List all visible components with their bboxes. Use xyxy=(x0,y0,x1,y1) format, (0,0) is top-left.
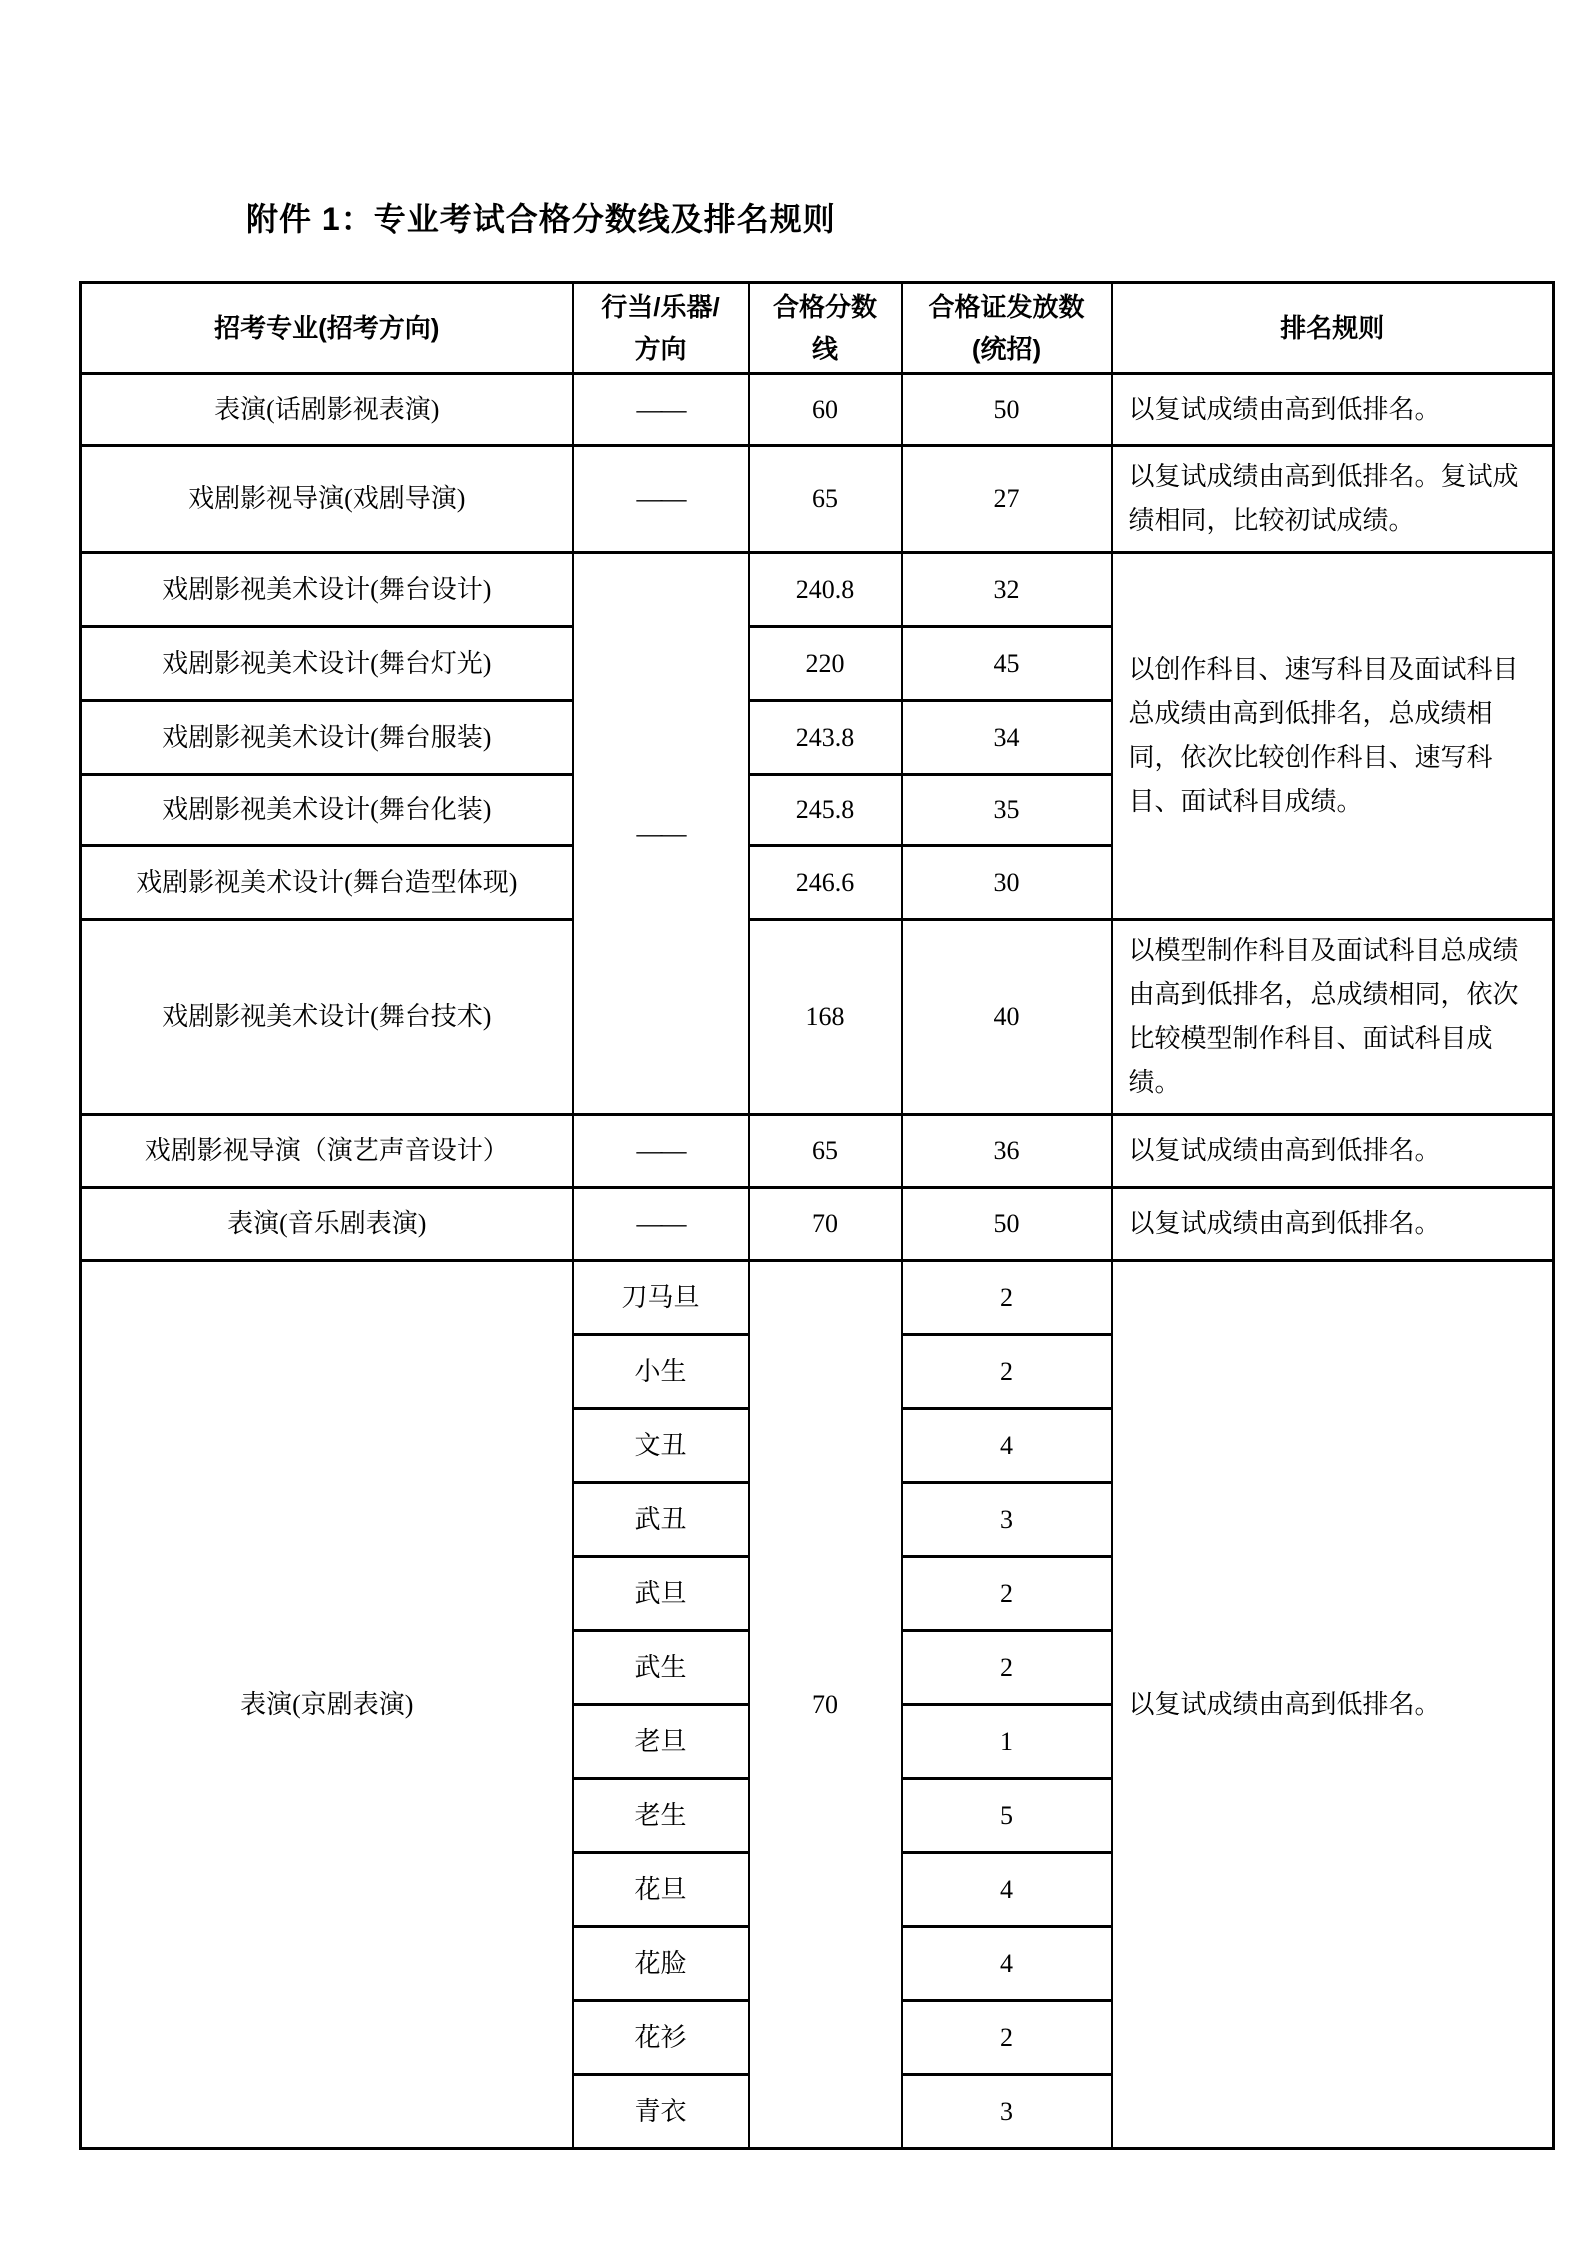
cert-cell: 32 xyxy=(902,553,1112,627)
cert-cell: 27 xyxy=(902,446,1112,553)
role-cell: 武生 xyxy=(573,1631,749,1705)
role-cell: 文丑 xyxy=(573,1409,749,1483)
score-cell-merged: 70 xyxy=(749,1261,902,2149)
category-cell: —— xyxy=(573,1115,749,1188)
score-cell: 243.8 xyxy=(749,701,902,775)
score-cell: 60 xyxy=(749,374,902,446)
major-cell: 戏剧影视美术设计(舞台服装) xyxy=(81,701,573,775)
score-cell: 240.8 xyxy=(749,553,902,627)
score-cell: 245.8 xyxy=(749,775,902,846)
score-cell: 65 xyxy=(749,1115,902,1188)
cert-cell: 3 xyxy=(902,1483,1112,1557)
role-cell: 花脸 xyxy=(573,1927,749,2001)
major-cell: 戏剧影视美术设计(舞台造型体现) xyxy=(81,846,573,920)
cert-cell: 2 xyxy=(902,1261,1112,1335)
cert-cell: 35 xyxy=(902,775,1112,846)
score-cell: 65 xyxy=(749,446,902,553)
cert-cell: 30 xyxy=(902,846,1112,920)
score-table: 招考专业(招考方向) 行当/乐器/ 方向 合格分数 线 合格证发放数 (统招) … xyxy=(79,281,1555,2150)
major-cell: 戏剧影视导演(戏剧导演) xyxy=(81,446,573,553)
major-cell: 表演(话剧影视表演) xyxy=(81,374,573,446)
cert-cell: 2 xyxy=(902,1335,1112,1409)
table-row: 戏剧影视导演(戏剧导演) —— 65 27 以复试成绩由高到低排名。复试成绩相同… xyxy=(81,446,1554,553)
table-row: 戏剧影视导演（演艺声音设计） —— 65 36 以复试成绩由高到低排名。 xyxy=(81,1115,1554,1188)
cert-cell: 5 xyxy=(902,1779,1112,1853)
role-cell: 武丑 xyxy=(573,1483,749,1557)
major-cell: 戏剧影视美术设计(舞台技术) xyxy=(81,920,573,1115)
rule-cell: 以复试成绩由高到低排名。复试成绩相同，比较初试成绩。 xyxy=(1112,446,1554,553)
table-row: 表演(话剧影视表演) —— 60 50 以复试成绩由高到低排名。 xyxy=(81,374,1554,446)
rule-cell: 以复试成绩由高到低排名。 xyxy=(1112,374,1554,446)
table-row: 表演(音乐剧表演) —— 70 50 以复试成绩由高到低排名。 xyxy=(81,1188,1554,1261)
score-cell: 70 xyxy=(749,1188,902,1261)
rule-cell: 以模型制作科目及面试科目总成绩由高到低排名，总成绩相同，依次比较模型制作科目、面… xyxy=(1112,920,1554,1115)
rule-cell: 以复试成绩由高到低排名。 xyxy=(1112,1188,1554,1261)
major-cell: 戏剧影视美术设计(舞台灯光) xyxy=(81,627,573,701)
cert-cell: 40 xyxy=(902,920,1112,1115)
table-row: 戏剧影视美术设计(舞台设计) —— 240.8 32 以创作科目、速写科目及面试… xyxy=(81,553,1554,627)
header-cert: 合格证发放数 (统招) xyxy=(902,283,1112,374)
score-cell: 168 xyxy=(749,920,902,1115)
cert-cell: 45 xyxy=(902,627,1112,701)
role-cell: 老生 xyxy=(573,1779,749,1853)
role-cell: 刀马旦 xyxy=(573,1261,749,1335)
score-cell: 246.6 xyxy=(749,846,902,920)
category-cell: —— xyxy=(573,446,749,553)
cert-cell: 1 xyxy=(902,1705,1112,1779)
cert-cell: 2 xyxy=(902,1557,1112,1631)
category-cell: —— xyxy=(573,1188,749,1261)
role-cell: 花旦 xyxy=(573,1853,749,1927)
cert-cell: 34 xyxy=(902,701,1112,775)
rule-cell-merged: 以复试成绩由高到低排名。 xyxy=(1112,1261,1554,2149)
major-cell: 戏剧影视导演（演艺声音设计） xyxy=(81,1115,573,1188)
role-cell: 花衫 xyxy=(573,2001,749,2075)
header-major: 招考专业(招考方向) xyxy=(81,283,573,374)
cert-cell: 4 xyxy=(902,1927,1112,2001)
document-page: 附件 1：专业考试合格分数线及排名规则 招考专业(招考方向) 行当/乐器/ 方向… xyxy=(0,0,1587,2245)
major-cell: 表演(音乐剧表演) xyxy=(81,1188,573,1261)
cert-cell: 50 xyxy=(902,1188,1112,1261)
rule-cell-merged: 以创作科目、速写科目及面试科目总成绩由高到低排名，总成绩相同，依次比较创作科目、… xyxy=(1112,553,1554,920)
role-cell: 小生 xyxy=(573,1335,749,1409)
role-cell: 武旦 xyxy=(573,1557,749,1631)
table-row: 表演(京剧表演) 刀马旦 70 2 以复试成绩由高到低排名。 xyxy=(81,1261,1554,1335)
cert-cell: 4 xyxy=(902,1409,1112,1483)
header-rule: 排名规则 xyxy=(1112,283,1554,374)
score-cell: 220 xyxy=(749,627,902,701)
cert-cell: 3 xyxy=(902,2075,1112,2149)
header-category: 行当/乐器/ 方向 xyxy=(573,283,749,374)
major-cell: 戏剧影视美术设计(舞台设计) xyxy=(81,553,573,627)
cert-cell: 4 xyxy=(902,1853,1112,1927)
major-cell: 戏剧影视美术设计(舞台化装) xyxy=(81,775,573,846)
cert-cell: 36 xyxy=(902,1115,1112,1188)
table-header-row: 招考专业(招考方向) 行当/乐器/ 方向 合格分数 线 合格证发放数 (统招) … xyxy=(81,283,1554,374)
role-cell: 青衣 xyxy=(573,2075,749,2149)
rule-cell: 以复试成绩由高到低排名。 xyxy=(1112,1115,1554,1188)
category-cell: —— xyxy=(573,374,749,446)
table-row: 戏剧影视美术设计(舞台技术) 168 40 以模型制作科目及面试科目总成绩由高到… xyxy=(81,920,1554,1115)
attachment-title: 附件 1：专业考试合格分数线及排名规则 xyxy=(246,198,836,240)
category-cell-merged: —— xyxy=(573,553,749,1115)
role-cell: 老旦 xyxy=(573,1705,749,1779)
cert-cell: 2 xyxy=(902,1631,1112,1705)
header-score: 合格分数 线 xyxy=(749,283,902,374)
cert-cell: 50 xyxy=(902,374,1112,446)
cert-cell: 2 xyxy=(902,2001,1112,2075)
major-cell-merged: 表演(京剧表演) xyxy=(81,1261,573,2149)
